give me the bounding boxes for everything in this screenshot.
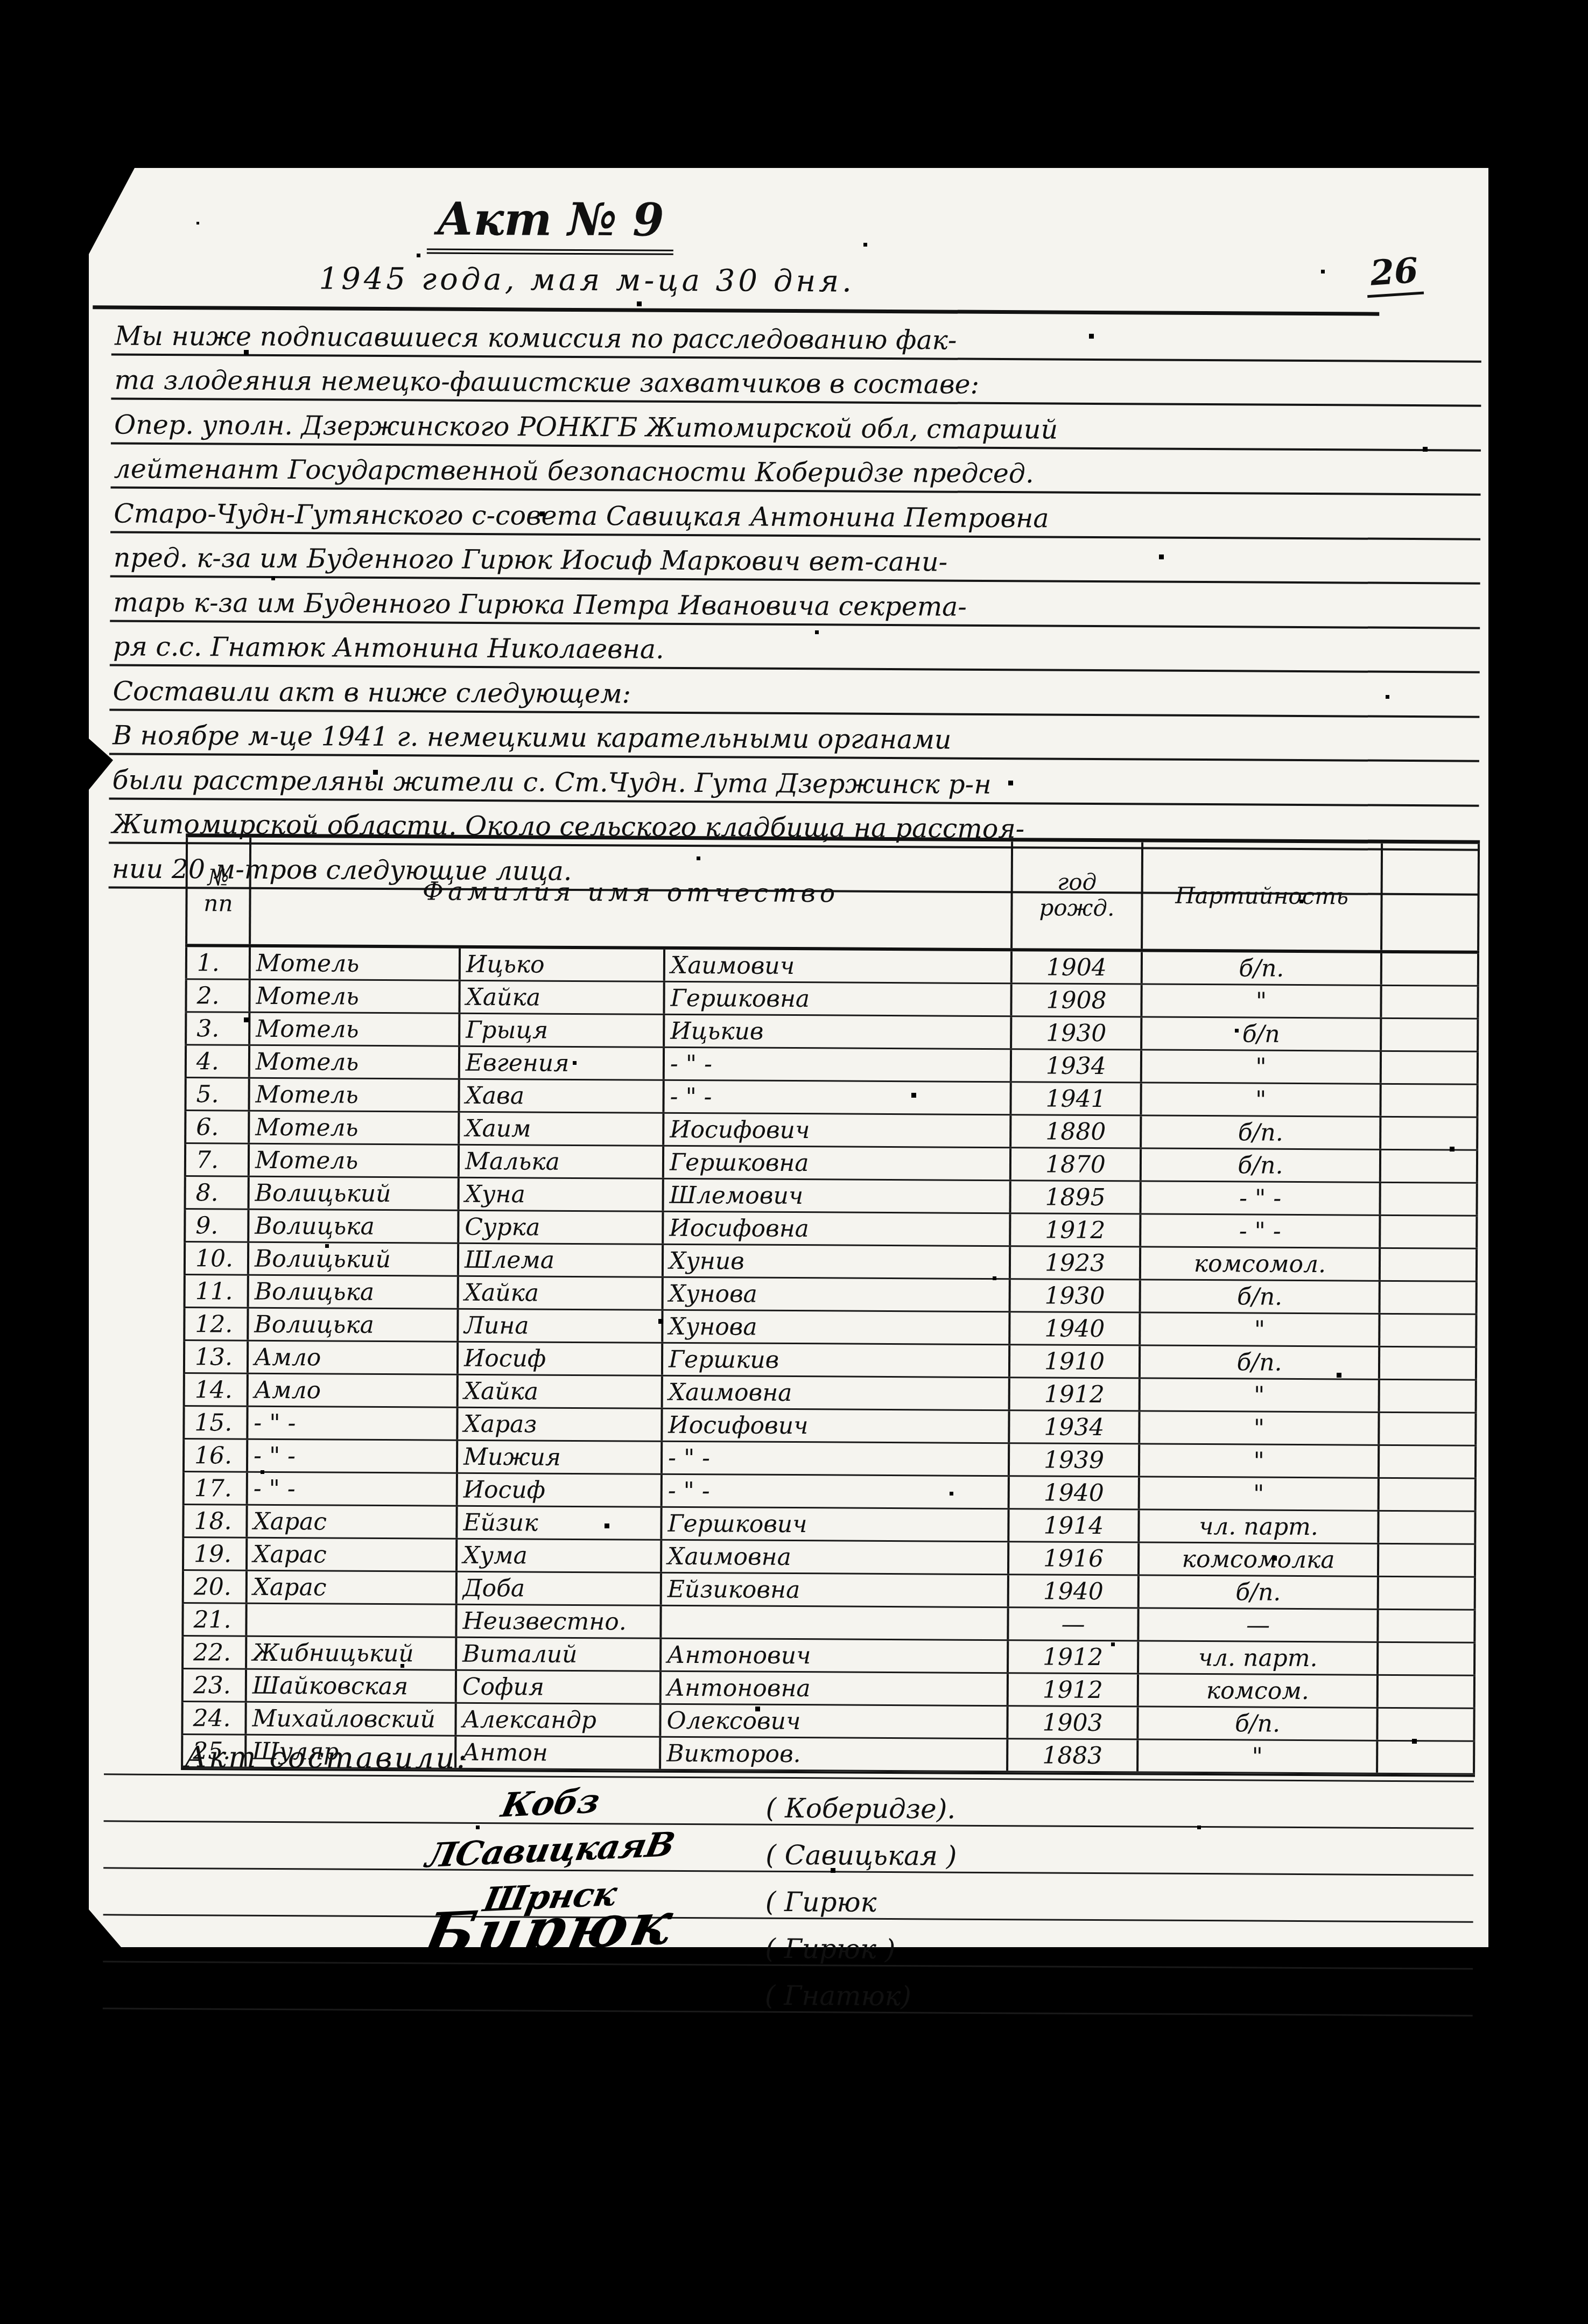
cell-patronymic: Иосифович xyxy=(663,1409,1010,1442)
cell-given-name: Доба xyxy=(458,1572,662,1605)
paragraph-line: Мы ниже подписавшиеся комиссия по рассле… xyxy=(111,311,1481,362)
cell-patronymic: Ейзиковна xyxy=(662,1574,1009,1606)
cell-birth-year: 1940 xyxy=(1010,1312,1141,1344)
cell-party: чл. парт. xyxy=(1139,1641,1379,1674)
cell-number: 13. xyxy=(183,1341,249,1373)
cell-birth-year: 1941 xyxy=(1011,1083,1142,1114)
paragraph-line: тарь к-за им Буденного Гирюка Петра Иван… xyxy=(110,577,1480,629)
preamble-paragraph: Мы ниже подписавшиеся комиссия по рассле… xyxy=(109,311,1482,895)
handwritten-signature: Кобз xyxy=(356,1774,745,1831)
cell-given-name: Шлема xyxy=(459,1244,664,1276)
cell-empty xyxy=(1382,986,1479,1018)
cell-number: 5. xyxy=(184,1078,250,1110)
cell-number: 19. xyxy=(182,1538,248,1570)
cell-empty xyxy=(1381,1085,1478,1117)
date-line: 1945 года, мая м-ца 30 дня. xyxy=(319,261,1126,300)
cell-number: 18. xyxy=(182,1505,248,1537)
cell-patronymic: Хаимовна xyxy=(662,1541,1009,1574)
col-header-empty xyxy=(1382,844,1480,951)
cell-empty xyxy=(1379,1676,1475,1708)
cell-given-name: Хайка xyxy=(459,1277,664,1309)
paper-tear xyxy=(89,1909,121,1947)
cell-number: 3. xyxy=(185,1013,250,1044)
cell-birth-year: 1916 xyxy=(1009,1542,1140,1574)
scan-noise xyxy=(196,222,199,224)
signature-line: ЛСавицкаяВ ( Савицькая ) xyxy=(103,1822,1473,1876)
cell-patronymic: - " - xyxy=(665,1048,1012,1081)
col-header-number: № пп xyxy=(185,837,251,944)
cell-party: — xyxy=(1139,1609,1379,1641)
cell-empty xyxy=(1379,1577,1476,1609)
cell-given-name: Сурка xyxy=(459,1211,664,1244)
cell-party: - " - xyxy=(1141,1182,1381,1214)
cell-party: б/п. xyxy=(1141,1346,1380,1378)
cell-surname: Мотель xyxy=(250,1046,460,1078)
cell-party: комсомол. xyxy=(1141,1247,1381,1280)
cell-number: 21. xyxy=(181,1604,247,1635)
cell-birth-year: 1930 xyxy=(1011,1280,1141,1311)
cell-party: б/п. xyxy=(1142,1149,1381,1181)
cell-birth-year: 1910 xyxy=(1010,1345,1141,1377)
cell-surname: Волицька xyxy=(249,1309,459,1341)
paragraph-line: Опер. уполн. Дзержинского РОНКГБ Житомир… xyxy=(111,399,1481,451)
cell-given-name: Хаим xyxy=(460,1113,664,1145)
cell-patronymic: Шлемович xyxy=(664,1179,1011,1212)
cell-patronymic: Антонович xyxy=(662,1639,1009,1672)
cell-empty xyxy=(1382,953,1479,985)
cell-given-name: Хава xyxy=(460,1080,664,1112)
cell-empty xyxy=(1379,1610,1475,1642)
cell-party: " xyxy=(1140,1444,1380,1477)
cell-given-name: Лина xyxy=(459,1310,663,1342)
cell-given-name: Хайка xyxy=(460,981,665,1014)
cell-birth-year: 1930 xyxy=(1012,1017,1142,1049)
cell-empty xyxy=(1381,1249,1478,1281)
cell-given-name: Мижия xyxy=(458,1441,663,1473)
cell-empty xyxy=(1379,1643,1475,1675)
cell-birth-year: 1940 xyxy=(1009,1575,1140,1607)
cell-party: комсом. xyxy=(1139,1674,1379,1707)
cell-birth-year: 1908 xyxy=(1012,984,1142,1016)
cell-given-name: Евгения xyxy=(460,1047,665,1079)
cell-surname: Мотель xyxy=(250,1145,460,1177)
cell-surname: - " - xyxy=(248,1440,458,1472)
document-title: Акт № 9 xyxy=(427,192,674,246)
cell-party: б/п. xyxy=(1140,1576,1379,1608)
document-page: Акт № 9 26 1945 года, мая м-ца 30 дня. М… xyxy=(89,168,1488,1947)
victims-table: № пп Фамилия имя отчество год рожд. Парт… xyxy=(181,833,1480,1777)
signature-intro-line: Акт составили: xyxy=(104,1728,1474,1782)
cell-given-name: Малька xyxy=(460,1146,664,1178)
cell-number: 4. xyxy=(185,1045,250,1077)
cell-empty xyxy=(1380,1380,1477,1412)
cell-patronymic: Хунова xyxy=(664,1278,1011,1311)
cell-number: 10. xyxy=(184,1242,249,1274)
cell-given-name: Ейзик xyxy=(458,1507,662,1539)
cell-given-name: Ицько xyxy=(461,949,665,981)
cell-given-name: Грыця xyxy=(460,1014,665,1047)
cell-number: 11. xyxy=(184,1275,249,1307)
cell-empty xyxy=(1380,1315,1477,1346)
signature-name: ( Гнатюк) xyxy=(765,1980,911,2012)
cell-surname: Волицький xyxy=(249,1243,459,1275)
cell-party: б/п xyxy=(1142,1017,1382,1050)
cell-empty xyxy=(1379,1512,1476,1543)
cell-party: " xyxy=(1142,1083,1381,1115)
paragraph-line: ря с.с. Гнатюк Антонина Николаевна. xyxy=(110,622,1480,673)
cell-empty xyxy=(1381,1150,1478,1182)
cell-empty xyxy=(1380,1446,1477,1478)
cell-number: 2. xyxy=(185,980,250,1012)
cell-empty xyxy=(1381,1216,1478,1248)
cell-number: 6. xyxy=(184,1111,250,1143)
handwritten-signature: АГнатюк xyxy=(355,1962,744,2019)
cell-surname xyxy=(247,1604,457,1637)
cell-surname: Амло xyxy=(249,1342,459,1374)
paragraph-line: Старо-Чудн-Гутянского с-совета Савицкая … xyxy=(110,488,1480,540)
page-content: Акт № 9 26 1945 года, мая м-ца 30 дня. М… xyxy=(84,164,1493,1951)
cell-given-name: Хараз xyxy=(458,1408,663,1441)
cell-party: " xyxy=(1141,1379,1380,1411)
cell-patronymic: Иосифовна xyxy=(664,1212,1011,1245)
cell-birth-year: 1912 xyxy=(1011,1214,1141,1246)
cell-number: 17. xyxy=(182,1472,248,1504)
cell-party: " xyxy=(1142,985,1382,1017)
cell-surname: Мотель xyxy=(250,1112,460,1144)
cell-patronymic: Хаимовна xyxy=(663,1377,1010,1409)
col-header-name: Фамилия имя отчество xyxy=(251,838,1013,948)
cell-birth-year: 1934 xyxy=(1010,1411,1140,1443)
cell-surname: Волицький xyxy=(250,1177,460,1210)
paragraph-line: были расстреляны жители с. Ст.Чудн. Гута… xyxy=(109,755,1479,806)
cell-patronymic: - " - xyxy=(663,1442,1010,1475)
cell-birth-year: 1923 xyxy=(1011,1247,1141,1279)
cell-patronymic: Ицькив xyxy=(665,1015,1012,1048)
col-header-birth-year: год рожд. xyxy=(1013,841,1143,949)
cell-given-name: Иосиф xyxy=(459,1343,663,1375)
cell-number: 22. xyxy=(181,1637,247,1668)
signature-line: АГнатюк ( Гнатюк) xyxy=(103,1962,1473,2016)
cell-surname: Волицька xyxy=(249,1210,459,1242)
cell-empty xyxy=(1380,1347,1477,1379)
cell-surname: - " - xyxy=(248,1473,458,1505)
cell-number: 7. xyxy=(184,1144,250,1176)
paragraph-line: пред. к-за им Буденного Гирюк Иосиф Марк… xyxy=(110,533,1480,585)
cell-number: 8. xyxy=(184,1177,250,1209)
cell-given-name: Неизвестно. xyxy=(457,1605,662,1638)
cell-empty xyxy=(1382,1019,1479,1051)
cell-birth-year: — xyxy=(1009,1608,1139,1640)
cell-empty xyxy=(1382,1052,1479,1084)
signature-block: Акт составили: Кобз ( Коберидзе). ЛСавиц… xyxy=(103,1728,1474,2016)
cell-birth-year: 1870 xyxy=(1011,1148,1142,1180)
cell-surname: Харас xyxy=(248,1539,458,1571)
cell-given-name: Хуна xyxy=(460,1178,664,1211)
table-body: 1. Мотель Ицько Хаимович 1904 б/п. 2. Мо… xyxy=(181,947,1479,1775)
cell-patronymic: Гершковна xyxy=(664,1147,1011,1179)
cell-birth-year: 1912 xyxy=(1009,1641,1139,1673)
signature-name: ( Гирюк ) xyxy=(765,1933,895,1965)
cell-party: - " - xyxy=(1141,1214,1381,1247)
cell-empty xyxy=(1381,1118,1478,1149)
page-number: 26 xyxy=(1365,250,1424,298)
cell-number: 9. xyxy=(184,1210,249,1241)
cell-empty xyxy=(1381,1282,1478,1314)
cell-party: чл. парт. xyxy=(1140,1510,1379,1542)
cell-party: " xyxy=(1141,1313,1380,1345)
col-header-party: Партийность xyxy=(1143,842,1383,950)
cell-patronymic: Гершкив xyxy=(663,1344,1010,1377)
cell-surname: - " - xyxy=(248,1407,458,1440)
scanned-document-act-9: { "page_number": "26", "title": "Акт № 9… xyxy=(0,0,1588,2324)
paragraph-line: та злодеяния немецко-фашистские захватчи… xyxy=(111,355,1481,407)
signature-name: ( Савицькая ) xyxy=(765,1839,957,1872)
cell-birth-year: 1939 xyxy=(1010,1444,1140,1476)
cell-empty xyxy=(1380,1413,1477,1445)
cell-patronymic xyxy=(662,1606,1009,1639)
cell-patronymic: - " - xyxy=(663,1475,1010,1508)
cell-empty xyxy=(1381,1183,1478,1215)
cell-surname: Мотель xyxy=(250,1079,460,1111)
cell-number: 12. xyxy=(183,1308,249,1340)
cell-party: " xyxy=(1140,1477,1380,1509)
cell-patronymic: Гершкович xyxy=(662,1508,1009,1541)
cell-party: б/п. xyxy=(1141,1280,1381,1312)
cell-patronymic: Хаимович xyxy=(665,950,1013,982)
table-header-row: № пп Фамилия имя отчество год рожд. Парт… xyxy=(185,837,1480,954)
cell-birth-year: 1880 xyxy=(1011,1115,1142,1147)
cell-party: комсомолка xyxy=(1140,1543,1379,1575)
cell-surname: Харас xyxy=(248,1571,458,1604)
cell-given-name: София xyxy=(457,1671,662,1703)
signature-line: Бирюк ( Гирюк ) xyxy=(103,1915,1473,1969)
cell-birth-year: 1904 xyxy=(1013,951,1143,983)
signature-line: Кобз ( Коберидзе). xyxy=(104,1775,1474,1829)
cell-given-name: Виталий xyxy=(457,1638,662,1670)
cell-given-name: Иосиф xyxy=(458,1474,663,1506)
cell-patronymic: Хунив xyxy=(664,1245,1011,1278)
cell-number: 15. xyxy=(182,1407,248,1438)
paragraph-line: В ноябре м-це 1941 г. немецкими каратель… xyxy=(109,711,1479,762)
cell-party: " xyxy=(1140,1412,1380,1444)
cell-surname: Волицька xyxy=(249,1276,459,1308)
signature-name: ( Гирюк xyxy=(765,1886,877,1918)
cell-patronymic: Хунова xyxy=(663,1311,1010,1344)
cell-number: 1. xyxy=(185,947,251,979)
cell-number: 14. xyxy=(183,1374,249,1406)
paper-tear xyxy=(89,168,135,254)
signature-name: ( Коберидзе). xyxy=(766,1793,956,1825)
paragraph-line: Составили акт в ниже следующем: xyxy=(109,666,1479,718)
cell-surname: Харас xyxy=(248,1506,458,1538)
cell-party: б/п. xyxy=(1142,1116,1381,1148)
cell-birth-year: 1914 xyxy=(1009,1509,1140,1541)
cell-number: 23. xyxy=(181,1669,247,1701)
cell-party: " xyxy=(1142,1050,1382,1083)
cell-given-name: Хума xyxy=(458,1540,662,1572)
cell-party: б/п. xyxy=(1143,952,1382,984)
cell-birth-year: 1940 xyxy=(1010,1477,1140,1508)
cell-birth-year: 1895 xyxy=(1011,1181,1141,1213)
signature-line: Шрнск ( Гирюк xyxy=(103,1869,1473,1922)
cell-surname: Шайковская xyxy=(247,1670,457,1702)
act-composed-label: Акт составили: xyxy=(104,1739,469,1775)
paragraph-line: лейтенант Государственной безопасности К… xyxy=(111,444,1481,496)
paper-tear xyxy=(89,739,113,790)
cell-surname: Мотель xyxy=(251,947,461,980)
cell-surname: Жибницький xyxy=(247,1637,457,1669)
cell-surname: Амло xyxy=(249,1374,459,1407)
cell-birth-year: 1934 xyxy=(1012,1050,1142,1082)
cell-patronymic: - " - xyxy=(664,1081,1011,1114)
cell-given-name: Хайка xyxy=(459,1375,663,1408)
cell-patronymic: Антоновна xyxy=(662,1672,1009,1705)
cell-number: 16. xyxy=(182,1440,248,1471)
cell-birth-year: 1912 xyxy=(1010,1378,1141,1410)
cell-patronymic: Иосифович xyxy=(664,1114,1011,1147)
cell-empty xyxy=(1379,1544,1476,1576)
cell-surname: Мотель xyxy=(250,980,460,1013)
cell-empty xyxy=(1380,1479,1477,1511)
handwritten-signature: ЛСавицкаяВ xyxy=(356,1821,745,1878)
cell-patronymic: Гершковна xyxy=(665,982,1012,1015)
cell-number: 20. xyxy=(182,1571,248,1603)
cell-surname: Мотель xyxy=(250,1013,460,1045)
cell-birth-year: 1912 xyxy=(1009,1674,1139,1705)
